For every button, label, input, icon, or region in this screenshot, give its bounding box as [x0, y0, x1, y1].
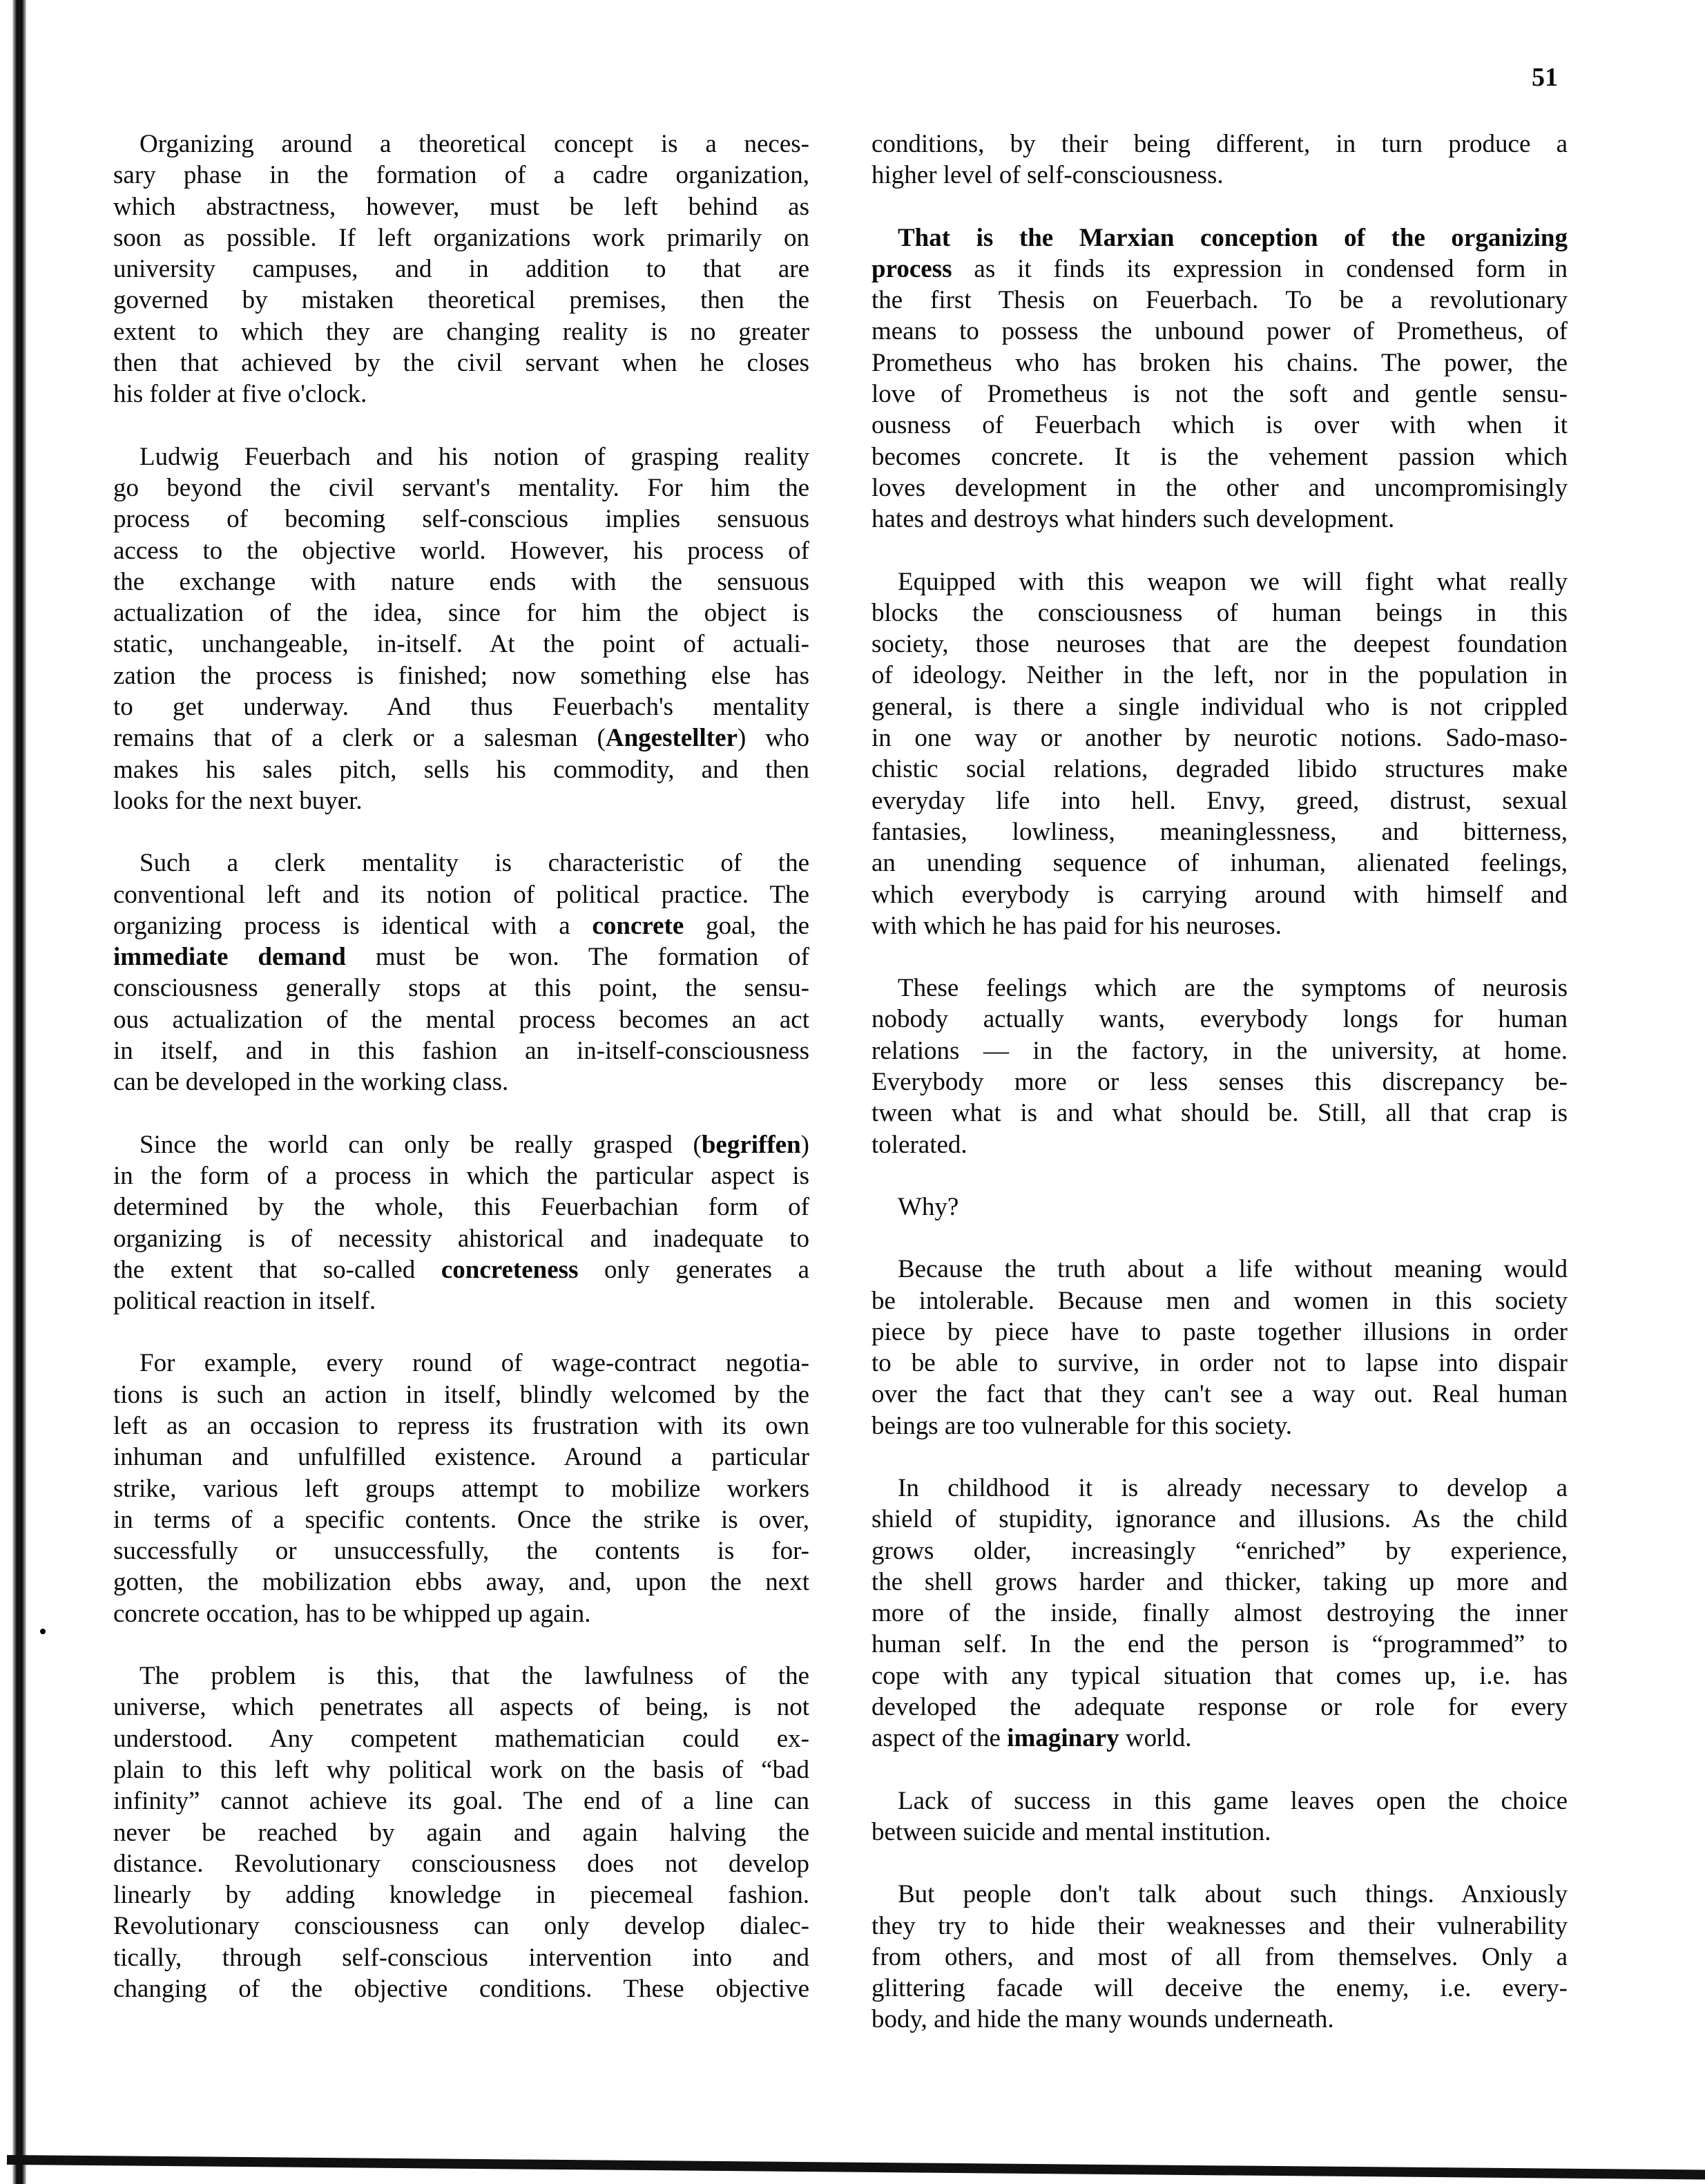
text-line: ousness of Feuerbach which is over with …: [871, 410, 1568, 441]
text-line: relations — in the factory, in the unive…: [871, 1035, 1568, 1066]
text-line: developed the adequate response or role …: [871, 1692, 1568, 1723]
text-line: In childhood it is already necessary to …: [871, 1473, 1568, 1504]
margin-mark: [40, 1629, 46, 1634]
text-line: never be reached by again and again halv…: [113, 1817, 809, 1848]
text-line: shield of stupidity, ignorance and illus…: [871, 1504, 1568, 1535]
text-line: linearly by adding knowledge in piecemea…: [113, 1879, 809, 1910]
text-line: go beyond the civil servant's mentality.…: [113, 472, 809, 504]
text-line: university campuses, and in addition to …: [113, 253, 809, 285]
text-line: Such a clerk mentality is characteristic…: [113, 847, 809, 879]
text-line: from others, and most of all from themse…: [871, 1942, 1568, 1973]
text-line: more of the inside, finally almost destr…: [871, 1598, 1568, 1629]
text-line: access to the objective world. However, …: [113, 535, 809, 566]
paragraph: In childhood it is already necessary to …: [871, 1473, 1568, 1754]
text-line: loves development in the other and uncom…: [871, 472, 1568, 504]
text-line: process as it finds its expression in co…: [871, 253, 1568, 285]
text-line: higher level of self-consciousness.: [871, 160, 1568, 191]
text-line: an unending sequence of inhuman, alienat…: [871, 847, 1568, 879]
text-line: his folder at five o'clock.: [113, 379, 809, 410]
text-line: tically, through self-conscious interven…: [113, 1942, 809, 1973]
text-line: which abstractness, however, must be lef…: [113, 191, 809, 222]
text-line: nobody actually wants, everybody longs f…: [871, 1004, 1568, 1035]
text-line: organizing process is identical with a c…: [113, 910, 809, 941]
page-bottom-edge: [7, 2155, 1705, 2180]
text-line: chistic social relations, degraded libid…: [871, 754, 1568, 785]
text-line: remains that of a clerk or a salesman (A…: [113, 722, 809, 754]
text-line: beings are too vulnerable for this socie…: [871, 1410, 1568, 1441]
text-line: tions is such an action in itself, blind…: [113, 1379, 809, 1410]
text-line: determined by the whole, this Feuerbachi…: [113, 1191, 809, 1223]
paragraph: For example, every round of wage-contrac…: [113, 1348, 809, 1629]
text-line: consciousness generally stops at this po…: [113, 973, 809, 1004]
text-line: human self. In the end the person is “pr…: [871, 1629, 1568, 1660]
paragraph: Since the world can only be really grasp…: [113, 1129, 809, 1317]
text-line: makes his sales pitch, sells his commodi…: [113, 754, 809, 785]
text-line: in one way or another by neurotic notion…: [871, 722, 1568, 754]
text-line: inhuman and unfulfilled existence. Aroun…: [113, 1441, 809, 1473]
text-line: society, those neuroses that are the dee…: [871, 629, 1568, 660]
text-line: process of becoming self-conscious impli…: [113, 504, 809, 535]
text-line: universe, which penetrates all aspects o…: [113, 1692, 809, 1723]
text-line: love of Prometheus is not the soft and g…: [871, 379, 1568, 410]
text-line: left as an occasion to repress its frust…: [113, 1410, 809, 1441]
text-line: successfully or unsuccessfully, the cont…: [113, 1535, 809, 1567]
paragraph: The problem is this, that the lawfulness…: [113, 1660, 809, 2004]
text-line: concrete occation, has to be whipped up …: [113, 1598, 809, 1629]
paragraph: These feelings which are the symptoms of…: [871, 973, 1568, 1160]
text-line: conventional left and its notion of poli…: [113, 879, 809, 910]
text-line: of ideology. Neither in the left, nor in…: [871, 660, 1568, 691]
text-line: with which he has paid for his neuroses.: [871, 910, 1568, 941]
text-line: zation the process is finished; now some…: [113, 660, 809, 691]
text-line: grows older, increasingly “enriched” by …: [871, 1535, 1568, 1567]
text-line: conditions, by their being different, in…: [871, 128, 1568, 160]
text-line: Lack of success in this game leaves open…: [871, 1785, 1568, 1817]
text-line: cope with any typical situation that com…: [871, 1660, 1568, 1692]
text-line: soon as possible. If left organizations …: [113, 222, 809, 253]
text-line: plain to this left why political work on…: [113, 1754, 809, 1785]
text-line: governed by mistaken theoretical premise…: [113, 285, 809, 316]
text-line: For example, every round of wage-contrac…: [113, 1348, 809, 1379]
text-line: glittering facade will deceive the enemy…: [871, 1973, 1568, 2004]
text-line: Since the world can only be really grasp…: [113, 1129, 809, 1160]
text-line: to get underway. And thus Feuerbach's me…: [113, 691, 809, 722]
text-line: the extent that so-called concreteness o…: [113, 1254, 809, 1285]
left-column: Organizing around a theoretical concept …: [113, 128, 809, 2035]
text-line: tween what is and what should be. Still,…: [871, 1098, 1568, 1129]
paragraph: Organizing around a theoretical concept …: [113, 128, 809, 410]
text-line: Because the truth about a life without m…: [871, 1254, 1568, 1285]
text-line: tolerated.: [871, 1129, 1568, 1160]
text-line: Why?: [871, 1191, 1568, 1223]
text-line: in the form of a process in which the pa…: [113, 1160, 809, 1191]
paragraph: conditions, by their being different, in…: [871, 128, 1568, 191]
text-line: static, unchangeable, in-itself. At the …: [113, 629, 809, 660]
text-line: to be able to survive, in order not to l…: [871, 1348, 1568, 1379]
text-line: These feelings which are the symptoms of…: [871, 973, 1568, 1004]
text-line: be intolerable. Because men and women in…: [871, 1285, 1568, 1316]
text-line: blocks the consciousness of human beings…: [871, 597, 1568, 629]
paragraph: Equipped with this weapon we will fight …: [871, 566, 1568, 942]
text-line: everyday life into hell. Envy, greed, di…: [871, 785, 1568, 816]
text-line: they try to hide their weaknesses and th…: [871, 1910, 1568, 1942]
text-line: over the fact that they can't see a way …: [871, 1379, 1568, 1410]
text-line: changing of the objective conditions. Th…: [113, 1973, 809, 2004]
text-line: aspect of the imaginary world.: [871, 1723, 1568, 1754]
text-line: organizing is of necessity ahistorical a…: [113, 1223, 809, 1254]
paragraph: Because the truth about a life without m…: [871, 1254, 1568, 1441]
page-number: 51: [1532, 62, 1558, 93]
text-line: means to possess the unbound power of Pr…: [871, 316, 1568, 347]
text-line: infinity” cannot achieve its goal. The e…: [113, 1785, 809, 1817]
text-line: in terms of a specific contents. Once th…: [113, 1504, 809, 1535]
text-line: ous actualization of the mental process …: [113, 1004, 809, 1035]
text-line: distance. Revolutionary consciousness do…: [113, 1848, 809, 1879]
paragraph: That is the Marxian conception of the or…: [871, 222, 1568, 535]
text-line: the first Thesis on Feuerbach. To be a r…: [871, 285, 1568, 316]
text-line: can be developed in the working class.: [113, 1066, 809, 1098]
text-line: Ludwig Feuerbach and his notion of grasp…: [113, 441, 809, 472]
text-line: extent to which they are changing realit…: [113, 316, 809, 347]
text-line: Revolutionary consciousness can only dev…: [113, 1910, 809, 1942]
book-spine-shadow: [12, 0, 26, 2184]
text-line: immediate demand must be won. The format…: [113, 941, 809, 973]
text-line: looks for the next buyer.: [113, 785, 809, 816]
text-line: body, and hide the many wounds underneat…: [871, 2004, 1568, 2035]
text-line: political reaction in itself.: [113, 1285, 809, 1316]
text-line: piece by piece have to paste together il…: [871, 1316, 1568, 1348]
text-line: But people don't talk about such things.…: [871, 1879, 1568, 1910]
text-line: strike, various left groups attempt to m…: [113, 1473, 809, 1504]
text-line: the exchange with nature ends with the s…: [113, 566, 809, 597]
text-line: becomes concrete. It is the vehement pas…: [871, 441, 1568, 472]
text-line: fantasies, lowliness, meaninglessness, a…: [871, 816, 1568, 847]
text-line: the shell grows harder and thicker, taki…: [871, 1567, 1568, 1598]
text-line: understood. Any competent mathematician …: [113, 1723, 809, 1754]
text-line: actualization of the idea, since for him…: [113, 597, 809, 629]
text-line: then that achieved by the civil servant …: [113, 347, 809, 379]
paragraph: Such a clerk mentality is characteristic…: [113, 847, 809, 1098]
text-line: That is the Marxian conception of the or…: [871, 222, 1568, 253]
right-column: conditions, by their being different, in…: [871, 128, 1568, 2067]
text-line: gotten, the mobilization ebbs away, and,…: [113, 1567, 809, 1598]
paragraph: Why?: [871, 1191, 1568, 1223]
text-line: hates and destroys what hinders such dev…: [871, 504, 1568, 535]
text-line: Equipped with this weapon we will fight …: [871, 566, 1568, 597]
paragraph: Ludwig Feuerbach and his notion of grasp…: [113, 441, 809, 817]
paragraph: Lack of success in this game leaves open…: [871, 1785, 1568, 1848]
text-line: Everybody more or less senses this discr…: [871, 1066, 1568, 1098]
text-line: Prometheus who has broken his chains. Th…: [871, 347, 1568, 379]
text-line: general, is there a single individual wh…: [871, 691, 1568, 722]
text-line: Organizing around a theoretical concept …: [113, 128, 809, 160]
text-line: which everybody is carrying around with …: [871, 879, 1568, 910]
paragraph: But people don't talk about such things.…: [871, 1879, 1568, 2035]
text-line: The problem is this, that the lawfulness…: [113, 1660, 809, 1692]
text-line: in itself, and in this fashion an in-its…: [113, 1035, 809, 1066]
text-line: sary phase in the formation of a cadre o…: [113, 160, 809, 191]
text-line: between suicide and mental institution.: [871, 1817, 1568, 1848]
